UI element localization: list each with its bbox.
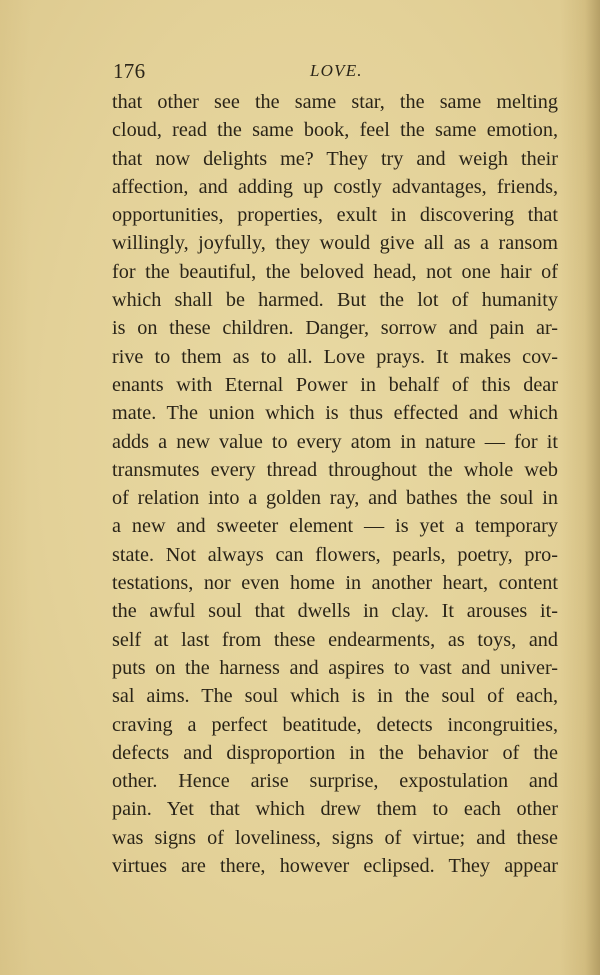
page-number: 176	[113, 58, 145, 84]
running-title: LOVE.	[310, 58, 363, 84]
text-line: which shall be harmed. But the lot of hu…	[112, 286, 558, 314]
text-line: for the beautiful, the beloved head, not…	[112, 258, 558, 286]
page-header: 176 LOVE.	[113, 58, 558, 84]
text-line: transmutes every thread throughout the w…	[112, 456, 558, 484]
text-line: state. Not always can flowers, pearls, p…	[112, 541, 558, 569]
text-line: willingly, joyfully, they would give all…	[112, 229, 558, 257]
text-line: other. Hence arise surprise, expostulati…	[112, 767, 558, 795]
text-line: puts on the harness and aspires to vast …	[112, 654, 558, 682]
body-text: that other see the same star, the same m…	[112, 88, 558, 880]
text-line: enants with Eternal Power in behalf of t…	[112, 371, 558, 399]
text-line: a new and sweeter element — is yet a tem…	[112, 512, 558, 540]
text-line: defects and disproportion in the behavio…	[112, 739, 558, 767]
text-line: pain. Yet that which drew them to each o…	[112, 795, 558, 823]
text-line: of relation into a golden ray, and bathe…	[112, 484, 558, 512]
text-line: self at last from these endearments, as …	[112, 626, 558, 654]
text-line: adds a new value to every atom in nature…	[112, 428, 558, 456]
text-line: is on these children. Danger, sorrow and…	[112, 314, 558, 342]
text-line: rive to them as to all. Love prays. It m…	[112, 343, 558, 371]
text-line: was signs of loveliness, signs of virtue…	[112, 824, 558, 852]
text-line: that now delights me? They try and weigh…	[112, 145, 558, 173]
text-line: that other see the same star, the same m…	[112, 88, 558, 116]
text-line: craving a perfect beatitude, detects inc…	[112, 711, 558, 739]
text-line: affection, and adding up costly advantag…	[112, 173, 558, 201]
text-line: testations, nor even home in another hea…	[112, 569, 558, 597]
text-line: virtues are there, however eclipsed. The…	[112, 852, 558, 880]
text-line: mate. The union which is thus effected a…	[112, 399, 558, 427]
text-line: cloud, read the same book, feel the same…	[112, 116, 558, 144]
text-line: opportunities, properties, exult in disc…	[112, 201, 558, 229]
text-line: sal aims. The soul which is in the soul …	[112, 682, 558, 710]
text-line: the awful soul that dwells in clay. It a…	[112, 597, 558, 625]
